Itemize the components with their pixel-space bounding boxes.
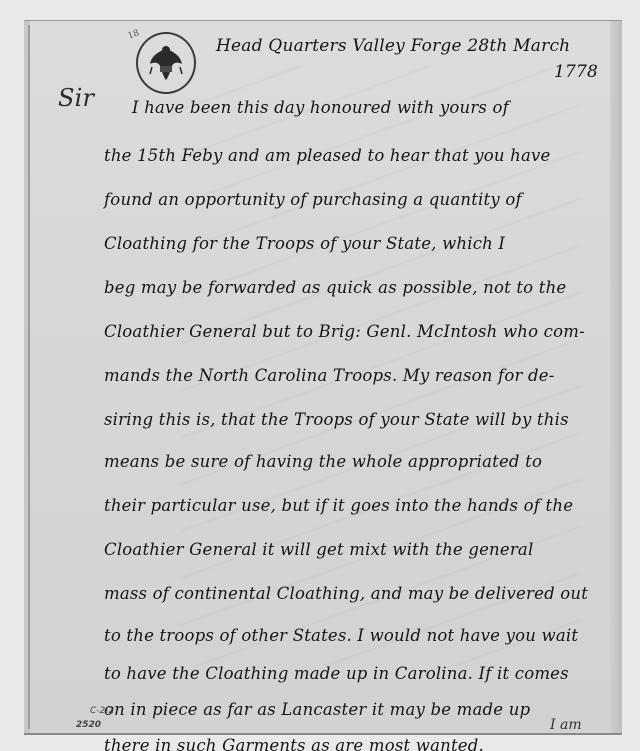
body-line: their particular use, but if it goes int…: [104, 496, 573, 515]
eagle-seal-icon: [138, 34, 194, 92]
body-line: siring this is, that the Troops of your …: [104, 410, 569, 429]
body-line: means be sure of having the whole approp…: [104, 452, 542, 471]
body-line: found an opportunity of purchasing a qua…: [104, 190, 522, 209]
body-line: Cloathier General it will get mixt with …: [104, 540, 533, 559]
letter-heading-place-date: Head Quarters Valley Forge 28th March: [216, 36, 570, 56]
body-line: Cloathier General but to Brig: Genl. McI…: [104, 322, 585, 341]
body-line: mands the North Carolina Troops. My reas…: [104, 366, 555, 385]
salutation: Sir: [58, 84, 94, 112]
body-line: on in piece as far as Lancaster it may b…: [104, 700, 530, 719]
archive-reference: C-2-2: [90, 706, 114, 716]
body-line: the 15th Feby and am pleased to hear tha…: [104, 146, 551, 165]
closing-fragment: I am: [550, 717, 582, 733]
body-line: I have been this day honoured with yours…: [132, 98, 509, 117]
body-line: Cloathing for the Troops of your State, …: [104, 234, 505, 253]
library-of-congress-stamp: [136, 32, 196, 94]
body-line: beg may be forwarded as quick as possibl…: [104, 278, 566, 297]
letter-heading-year: 1778: [554, 62, 598, 82]
body-line: to the troops of other States. I would n…: [104, 626, 578, 645]
body-line: mass of continental Cloathing, and may b…: [104, 584, 588, 603]
body-line: there in such Garments as are most wante…: [104, 736, 484, 751]
body-line: to have the Cloathing made up in Carolin…: [104, 664, 569, 683]
archive-number: 2520: [76, 720, 101, 730]
